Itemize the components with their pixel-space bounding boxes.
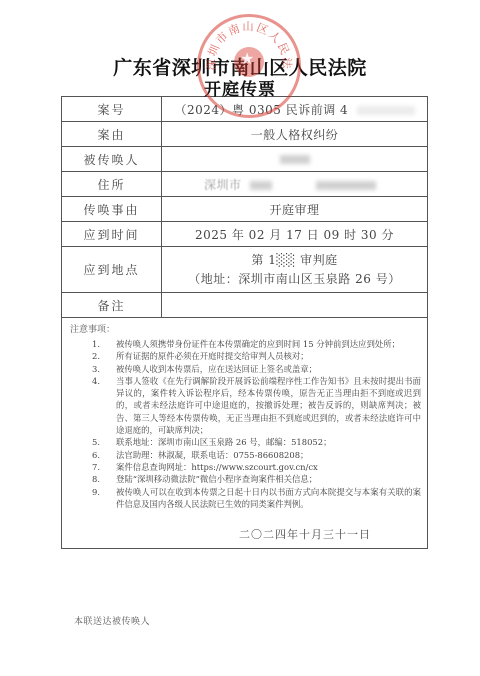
value-summoned-person: [162, 147, 428, 172]
row-remarks: 备注: [62, 293, 428, 318]
value-cause-of-action: 一般人格权纠纷: [162, 122, 428, 147]
row-notes: 注意事项： 1.被传唤人须携带身份证件在本传票确定的应到时间 15 分钟前到达应…: [62, 318, 428, 549]
value-appearance-location: 第 1░░ 审判庭 （地址：深圳市南山区玉泉路 26 号）: [162, 247, 428, 293]
label-case-number: 案号: [62, 97, 162, 122]
note-item: 2.所有证据的原件必须在开庭时提交给审判人员核对；: [92, 350, 421, 362]
document-title: 开庭传票: [0, 75, 480, 100]
note-item: 6.法官助理：林淑凝，联系电话：0755-86608208；: [92, 449, 421, 461]
value-case-number: （2024）粤 0305 民诉前调 4: [162, 97, 428, 122]
row-appearance-location: 应到地点 第 1░░ 审判庭 （地址：深圳市南山区玉泉路 26 号）: [62, 247, 428, 293]
label-remarks: 备注: [62, 293, 162, 318]
row-summons-reason: 传唤事由 开庭审理: [62, 197, 428, 222]
courtroom-text: 第 1░░ 审判庭: [162, 251, 427, 270]
summons-table: 案号 （2024）粤 0305 民诉前调 4 案由 一般人格权纠纷 被传唤人 住…: [61, 96, 428, 549]
delivery-note: 本联送达被传唤人: [74, 614, 150, 627]
notes-heading: 注意事项：: [70, 322, 421, 335]
value-summons-reason: 开庭审理: [162, 197, 428, 222]
note-item: 1.被传唤人须携带身份证件在本传票确定的应到时间 15 分钟前到达应到处所；: [92, 338, 421, 350]
row-residence: 住所 深圳市: [62, 172, 428, 197]
value-remarks: [162, 293, 428, 318]
note-item: 3.被传唤人收到本传票后，应在送达回证上签名或盖章；: [92, 363, 421, 375]
label-residence: 住所: [62, 172, 162, 197]
note-item: 5.联系地址：深圳市南山区玉泉路 26 号，邮编：518052；: [92, 436, 421, 448]
residence-city-text: 深圳市: [204, 178, 242, 192]
label-appearance-time: 应到时间: [62, 222, 162, 247]
redacted-name: [280, 155, 310, 164]
row-appearance-time: 应到时间 2025 年 02 月 17 日 09 时 30 分: [62, 222, 428, 247]
row-summoned-person: 被传唤人: [62, 147, 428, 172]
label-summons-reason: 传唤事由: [62, 197, 162, 222]
case-query-url[interactable]: 案件信息查询网址：https://www.szcourt.gov.cn/cx: [116, 462, 318, 472]
redacted-address-1: [250, 181, 272, 190]
value-residence: 深圳市: [162, 172, 428, 197]
note-item: 4.当事人签收《在先行调解阶段开展诉讼前端程序性工作告知书》且未按时提出书面异议…: [92, 375, 421, 436]
note-item: 7.案件信息查询网址：https://www.szcourt.gov.cn/cx: [92, 461, 421, 473]
issue-date: 二〇二四年十月三十一日: [70, 526, 421, 542]
label-cause-of-action: 案由: [62, 122, 162, 147]
note-item: 9.被传唤人可以在收到本传票之日起十日内以书面方式向本院提交与本案有关联的案件信…: [92, 486, 421, 511]
label-appearance-location: 应到地点: [62, 247, 162, 293]
case-number-text: （2024）粤 0305 民诉前调 4: [175, 103, 349, 117]
note-item: 8.登陆“深圳移动微法院”微信小程序查询案件相关信息；: [92, 473, 421, 485]
label-summoned-person: 被传唤人: [62, 147, 162, 172]
row-case-number: 案号 （2024）粤 0305 民诉前调 4: [62, 97, 428, 122]
notes-section: 注意事项： 1.被传唤人须携带身份证件在本传票确定的应到时间 15 分钟前到达应…: [62, 318, 428, 549]
notes-list: 1.被传唤人须携带身份证件在本传票确定的应到时间 15 分钟前到达应到处所； 2…: [70, 338, 421, 510]
row-cause-of-action: 案由 一般人格权纠纷: [62, 122, 428, 147]
value-appearance-time: 2025 年 02 月 17 日 09 时 30 分: [162, 222, 428, 247]
court-address-text: （地址：深圳市南山区玉泉路 26 号）: [162, 270, 427, 289]
redacted-case-suffix: [357, 106, 415, 115]
redacted-address-2: [316, 181, 376, 190]
